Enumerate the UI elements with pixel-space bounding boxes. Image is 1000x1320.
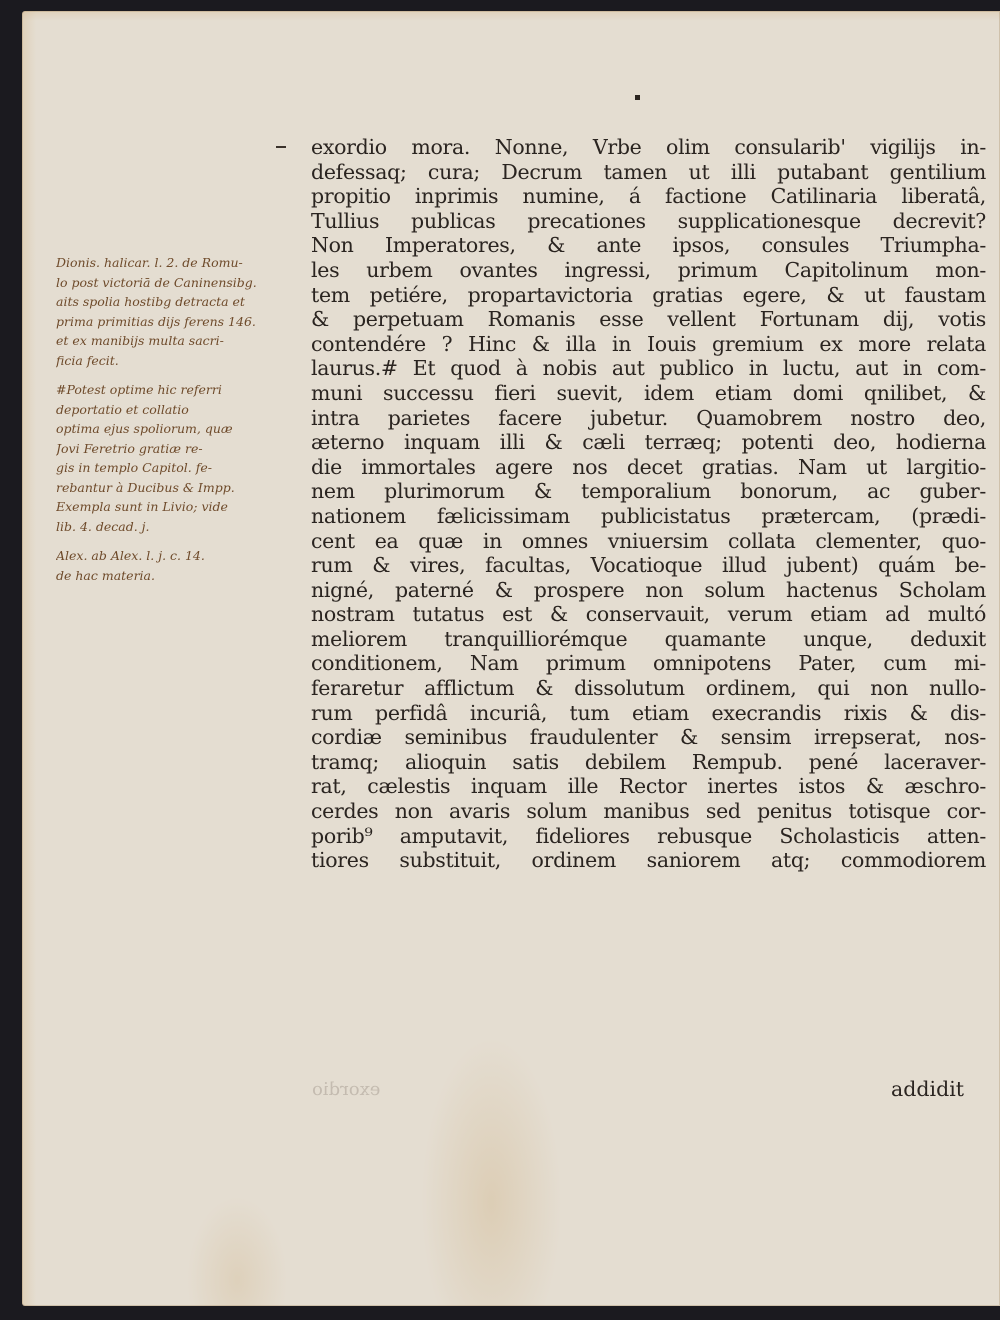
margin-note-3: Alex. ab Alex. l. j. c. 14. de hac mater… xyxy=(56,546,306,585)
text-line: rat, cælestis inquam ille Rector inertes… xyxy=(311,774,986,799)
note-line: prima primitias dijs ferens 146. xyxy=(56,312,306,332)
note-line: optima ejus spoliorum, quæ xyxy=(56,419,306,439)
text-line: nigné, paterné & prospere non solum hact… xyxy=(311,578,986,603)
text-line: les urbem ovantes ingressi, primum Capit… xyxy=(311,258,986,283)
catchword: addidit xyxy=(891,1077,964,1101)
text-line: meliorem tranquilliorémque quamante unqu… xyxy=(311,627,986,652)
text-line: tiores substituit, ordinem saniorem atq;… xyxy=(311,848,986,873)
text-line: die immortales agere nos decet gratias. … xyxy=(311,455,986,480)
note-line: Exempla sunt in Livio; vide xyxy=(56,497,306,517)
note-line: Alex. ab Alex. l. j. c. 14. xyxy=(56,546,306,566)
text-line: propitio inprimis numine, á factione Cat… xyxy=(311,184,986,209)
margin-dash-mark xyxy=(276,146,286,148)
note-line: aits spolia hostibg detracta et xyxy=(56,292,306,312)
text-line: feraretur afflictum & dissolutum ordinem… xyxy=(311,676,986,701)
note-line: gis in templo Capitol. fe- xyxy=(56,458,306,478)
printed-body-text: exordio mora. Nonne, Vrbe olim consulari… xyxy=(311,135,986,873)
text-line: defessaq; cura; Decrum tamen ut illi put… xyxy=(311,160,986,185)
handwritten-margin-notes: Dionis. halicar. l. 2. de Romu- lo post … xyxy=(56,253,306,595)
note-line: lib. 4. decad. j. xyxy=(56,517,306,537)
text-line: exordio mora. Nonne, Vrbe olim consulari… xyxy=(311,135,986,160)
text-line: cordiæ seminibus fraudulenter & sensim i… xyxy=(311,725,986,750)
margin-note-1: Dionis. halicar. l. 2. de Romu- lo post … xyxy=(56,253,306,370)
top-mark xyxy=(635,95,640,100)
note-line: Dionis. halicar. l. 2. de Romu- xyxy=(56,253,306,273)
text-line: muni successu fieri suevit, idem etiam d… xyxy=(311,381,986,406)
text-line: laurus.# Et quod à nobis aut publico in … xyxy=(311,356,986,381)
text-line: cerdes non avaris solum manibus sed peni… xyxy=(311,799,986,824)
text-line: Tullius publicas precationes supplicatio… xyxy=(311,209,986,234)
text-line: rum perfidâ incuriâ, tum etiam execrandi… xyxy=(311,701,986,726)
margin-note-2: #Potest optime hic referri deportatio et… xyxy=(56,380,306,536)
text-line: tramq; alioquin satis debilem Rempub. pe… xyxy=(311,750,986,775)
text-line: æterno inquam illi & cæli terræq; potent… xyxy=(311,430,986,455)
note-line: #Potest optime hic referri xyxy=(56,380,306,400)
text-line: contendére ? Hinc & illa in Iouis gremiu… xyxy=(311,332,986,357)
text-line: tem petiére, propartavictoria gratias eg… xyxy=(311,283,986,308)
show-through-text: exordio xyxy=(312,1079,380,1100)
document-page: Dionis. halicar. l. 2. de Romu- lo post … xyxy=(22,11,1000,1306)
text-line: nationem fælicissimam publicistatus præt… xyxy=(311,504,986,529)
note-line: ficia fecit. xyxy=(56,351,306,371)
note-line: de hac materia. xyxy=(56,566,306,586)
note-line: rebantur à Ducibus & Impp. xyxy=(56,478,306,498)
text-line: rum & vires, facultas, Vocatioque illud … xyxy=(311,553,986,578)
text-line: nostram tutatus est & conservauit, verum… xyxy=(311,602,986,627)
text-line: Non Imperatores, & ante ipsos, consules … xyxy=(311,233,986,258)
note-line: Jovi Feretrio gratiæ re- xyxy=(56,439,306,459)
text-line: porib⁹ amputavit, fideliores rebusque Sc… xyxy=(311,824,986,849)
note-line: et ex manibijs multa sacri- xyxy=(56,331,306,351)
text-line: intra parietes facere jubetur. Quamobrem… xyxy=(311,406,986,431)
text-line: & perpetuam Romanis esse vellent Fortuna… xyxy=(311,307,986,332)
note-line: deportatio et collatio xyxy=(56,400,306,420)
text-line: cent ea quæ in omnes vniuersim collata c… xyxy=(311,529,986,554)
note-line: lo post victoriā de Caninensibg. xyxy=(56,273,306,293)
text-line: nem plurimorum & temporalium bonorum, ac… xyxy=(311,479,986,504)
text-line: conditionem, Nam primum omnipotens Pater… xyxy=(311,651,986,676)
